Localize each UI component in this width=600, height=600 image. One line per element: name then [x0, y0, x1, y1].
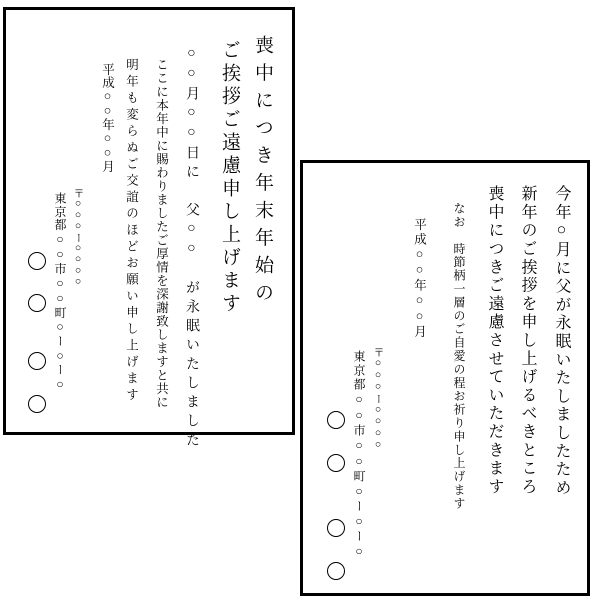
message-column-3: 喪中につきご遠慮させていただきます	[486, 185, 502, 496]
address-column: 東京都○○市○○町○ー○ー○	[54, 192, 66, 392]
postal-code-column: 〒○○○ー○○○○	[372, 347, 383, 451]
name-circle	[327, 562, 345, 580]
sender-name-placeholder: ○○ ○○	[327, 411, 345, 580]
name-circle	[327, 519, 345, 537]
name-circle	[28, 352, 46, 370]
mourning-postcard-year-end: 喪中につき年末年始の ご挨拶ご遠慮申し上げます ○○月○○日に 父○○ が永眠い…	[3, 7, 295, 435]
message-column-2: ここに本年中に賜わりましたご厚情を深謝致しますと共に	[155, 58, 168, 409]
postal-code-column: 〒○○○ー○○○○	[72, 188, 83, 288]
postscript-column: なお 時節柄一層のご自愛の程お祈り申し上げます	[453, 202, 465, 510]
name-circle	[327, 411, 345, 429]
date-column: 平成○○年○○月	[413, 218, 426, 339]
name-circle	[28, 294, 46, 312]
name-circle	[327, 454, 345, 472]
page: { "colors": { "ink": "#000000", "card_ba…	[0, 0, 600, 600]
headline-column-1: 喪中につき年末年始の	[253, 35, 272, 310]
message-column-3: 明年も変らぬご交誼のほどお願い申し上げます	[125, 58, 138, 405]
date-column: 平成○○年○○月	[101, 63, 114, 173]
mourning-postcard-new-year: 今年○月に父が永眠いたしましたため 新年のご挨拶を申し上げるべきところ 喪中につ…	[300, 160, 590, 596]
sender-name-placeholder: ○○ ○○	[28, 252, 46, 413]
headline-column-2: ご挨拶ご遠慮申し上げます	[220, 40, 239, 316]
message-column-2: 新年のご挨拶を申し上げるべきところ	[519, 185, 535, 496]
address-column: 東京都○○市○○町○ー○ー○	[353, 350, 365, 560]
message-column-1: ○○月○○日に 父○○ が永眠いたしました	[184, 46, 198, 451]
message-column-1: 今年○月に父が永眠いたしましたため	[553, 185, 569, 497]
name-circle	[28, 252, 46, 270]
name-circle	[28, 395, 46, 413]
